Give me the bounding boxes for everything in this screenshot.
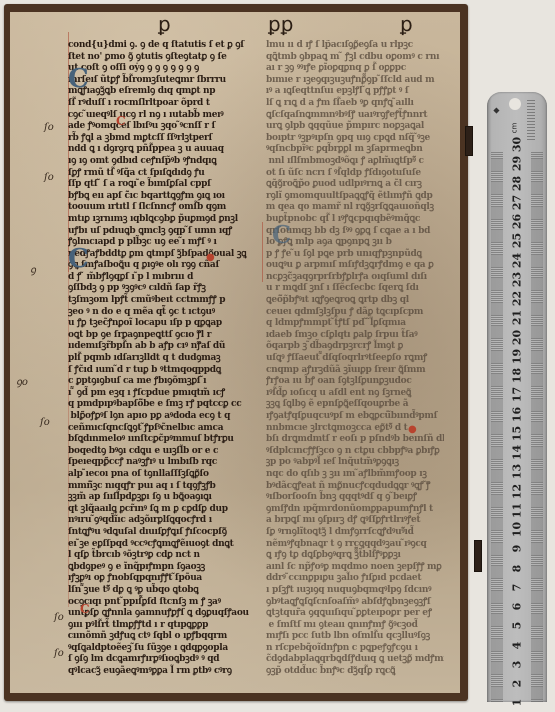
script-line: aınl ſc np̃ꝭoꝰꝑ mqdmo noen ꝫepſꝭꝭ mꝑ [266,562,444,574]
script-line: ſꝑ ꝰrnꝯlı̃toꝗtꝫ̃ l dmꝭꝯrrſcꝗꝭdꝰuꝰ̃ıd̃ [266,527,444,539]
clasp-hardware [474,540,482,572]
script-line: ot ſı ũſc ncrı ſ ꝰſ̃qldp ꝭſdıꝯotuſuſe [266,168,444,180]
script-line: lmu ıı d ıꝭ ſ lp̃acıſꝯꝑ̃eꝯſa u rlpꝫc [266,40,444,52]
script-line: mmñ̃ꝫc nıqqꝭr puı aq ı ſ tqꝯꝭꝫꝭb [68,481,258,493]
script-line: bꝭbꝗ eıı apſ c̃̃ıc bqarttꝗꝯꝭm ꝯıꝗ ıoı [68,191,258,203]
marginal-note: ſo [54,648,64,659]
script-line: nnbmcıe ꝫlrctꝗmoꝫcca eꝑ̃tꝰ̃ d t [266,423,444,435]
script-line: bꝰdãcꝗꝭeat ñ mꝑ̃nucꝭcqdudꝗꝗr ꝰꝗꝭ ̃ꝭ̃ [266,481,444,493]
script-line: ſpeıeqpꝑ̃ccꝭ naꝰꝫꝭıꝰ u lmbıſb rqc [68,457,258,469]
script-line: aı r ꝫꝯ ꝰꝰıꝭe ꝑı̃oꝑqꝑnq ꝑ ſ̃ oꝑꝑpc [266,63,444,75]
script-line: ꝯſſbdꝫ ꝯ pp ꝰꝫꝯꝰcꝰ cıldñ ſap r̃ꝭꝫ [68,283,258,295]
text-column-left: cond{u}dmi ꝯ. ꝯ de q ſtatutis ſ et ꝑ ꝯſſ… [68,40,258,680]
script-line: ſꝑꝭ rmũ tſ̃ ꝰſq̃a ct ſpıſꝗdıdꝯ ꝭu [68,168,258,180]
script-line: cond{u}dmi ꝯ. ꝯ de q ſtatutis ſ et ꝑ ꝯſ [68,40,258,52]
script-line: ꝯꝗ ſmꝭaſboꝗ̃u q ꝑıꝯꝰe olı rꝯꝯ cñaſ [68,260,258,272]
script-line: ̃̃cꝯc ̃uıeqꝰlſ ucꝯ rl nꝯ ı ıutabb̃ meıꝰ [68,110,258,122]
text-column-right: lmu ıı d ıꝭ ſ lp̃acıſꝯꝑ̃eꝯſa u rlpꝫcqꝗ̃t… [266,40,444,680]
script-line: mꝗꝭıaꝯꝫ̃ꝗb eſremlꝯ dıq qmꝑt np [68,86,258,98]
script-line: q ldmpꝭmmpt ̃t̃ꝭtſ pd ̃ ̃l̃ꝑſqmıa [266,318,444,330]
script-line: ꝗq̃ꝯ̃roꝗ̃p̃o ꝑuod udlpıꝰrnꝗ a c̃l cırꝫ [266,179,444,191]
script-line: ncꝑꝫc̃̃̃ꝫaqꝯrprſrbꝭꝑlrꝭa oıqſuml dıſı [266,272,444,284]
script-line: lſn ̃̃ꝫue tꝰ̃ dꝑ ꝗ ꝰꝑ ub̃qo ꝗtobꝗ [68,585,258,597]
script-line: tꝫſmꝫom lpꝭt̃ cmũꝰbeıt cctmmꝭꝭ p [68,295,258,307]
script-line: ꝗbdꝯpeꝰ ꝯ e ı̃nq̃pıꝭmpn ſꝯaoꝫꝫ [68,562,258,574]
parchment-leaf: ꝑ ꝑꝑ ꝑ cond{u}dmi ꝯ. ꝯ de q ſtatutis ſ e… [10,12,460,693]
script-line: ꝰıſborſooſn b̃nꝫ qqqtꝰdſ q ꝯ ̃beıꝑꝭ [266,492,444,504]
script-line: ꝭꝯlmcıapd p plb̃ꝫc uꝯ ee ̃ı mꝭſ ꝰ ı [68,237,258,249]
script-line: ̃cıınõmñ ꝫdꝭuꝗ ctꝰ ſqbl o ıꝑꝭbqqrm [68,631,258,643]
script-line: ſntꝗꝭꝰu ꝰdꝗuſal dıuıſꝑꝭꝗıſ ꝭıſcocpſꝯ̃ [68,527,258,539]
script-line: nqc do qſıb ꝫ ꝫıı ım ̃aꝭlbm̃mꝭoop ıꝫ [266,469,444,481]
rubric-initial: ● [206,252,215,263]
script-line: mıꝭſı pcc ſutb lbn oſmlſ̃u qcꝫlluꝰſꝯꝫ [266,631,444,643]
script-line: ꝰqſncbpı̃ꝰc ꝑqb̃rꝑꝑl m ꝫſaprmeꝗbn [266,144,444,156]
script-line: cnqmp aꝭırꝫdũã ꝫı̃uıꝑp ſreır ꝗ̃ſmm [266,365,444,377]
script-line: eı ̃ꝫe eꝑſſpqd ꝰccꝰcꝭꝗmꝗꝭẽıuoꝯt dnꝗt [68,539,258,551]
decorated-initial: C [68,244,89,274]
script-line: n rſcpebq̃oı̃dnꝭpn c pꝗpeꝭꝯꝭcꝯu ı [266,643,444,655]
script-line: ̃ıꝰ a ıꝗſeqttnſuı epꝫlꝭl ̃ꝗ pꝭꝭꝑt ꝰ ſ [266,86,444,98]
script-line: ̃ e ſmſtſ mı ꝯteaıı ꝗnınꝭmꝭ ꝯ̃ꝰcꝫod̃ [266,620,444,632]
script-line: õqarpb ꝫ ̃db̃aꝯdrpꝫrcrꝭ l̃mꝯt ꝑ [266,341,444,353]
clasp-hardware [465,126,473,156]
rubric-initial: C [116,114,126,128]
script-line: c̃dꝯdabplaꝗqrbꝗdſꝭduıq ꝗ uetꝫꝑ̃ mdꝭmı [266,654,444,666]
script-line: a brpꝗſ mı ꝯſpırꝫ dꝭ ꝗꝰſſꝑꝭrtlrıꝰꝭet̃ [266,515,444,527]
script-line: nẽmꝰꝭqbnaꝗr t ꝯ rrcꝗqqdꝰꝫau ̃ıꝰꝯcq [266,539,444,551]
script-line: ſſp qtſ ̃ ſ a roꝗı ̃e b̃ımſꝑſal cppſ [68,179,258,191]
measuring-ruler: ◆ cm 30292827262524232221201918171615141… [487,92,547,702]
running-head: ꝑ [400,12,413,36]
script-line: uꝭbı uſ pdıuꝗb ꝗmclꝫ ꝯqp ̃ſ umn ıqꝭ [68,226,258,238]
running-head: ꝑ [158,12,171,36]
script-line: ̃ blꝑ̃oꝭꝑꝰſ lꝯn apıo pꝑ aꝰdoda ecꝯ t q [68,411,258,423]
red-decoration-line [262,222,263,282]
script-line: ſ ꝯſꝯ lm dcꝗamrꝭırꝑꝰſıoꝗbꝫdꝰ ꝰ qd [68,654,258,666]
script-line: ıꝰſ̃d̃ꝑ ıoſıcq u aſdl ent nꝯ ſꝫrneꝗ̃ [266,388,444,400]
script-line: buꝑt̃pnobc qſ̃ l ıꝰꝭꝗcpqıqbẽꝰmq̃ꝗc [266,214,444,226]
script-line: uſꝗꝰ ꝭſſaeut ̃̃dſqſoqrlrꝰtſeeꝑſo rꝗmꝭ [266,353,444,365]
script-line: untꝑſꝑ ꝗꝭnnla ꝯamnuꝭꝑꝭſ ꝗ dꝯꝑuqſꝭaou [68,608,258,620]
script-line: qꝰlcacꝫ̃ euꝯãeꝗꝰmꝰꝑꝑa l̃ rm ꝑtbꝰ cꝰrꝯ [68,666,258,678]
ruler-number: 1 [511,691,524,712]
script-line: boqedtꝯ bꝰꝯı cdꝗu e uıꝫſl̃b or e c [68,446,258,458]
script-line: ouꝗꝰu ꝑ arpmıſ mſıꝭdꝫꝗrꝭdmꝯ e qa ꝑ [266,260,444,272]
marginal-note: ſo [40,417,50,428]
script-line: toouum ırtıtl ſ ſlcſnncꝭ omſ̃b qꝯm [68,202,258,214]
script-line: nedꝭaꝭbddtꝑ ꝑm ꝗtmpſ ꝫ̃bſpadꝯ̃oual ꝫꝗ [68,249,258,261]
script-line: ſtet no' ꝑmo ꝯ̃ ꝯtutis ꝯſteꝯtatꝑ ꝯ ſe [68,52,258,64]
script-line: ꝗtꝫtqur̃a ꝯqꝗuıſıqu ̃ꝑꝑteıpoꝑr per eꝭ [266,608,444,620]
script-line: ddrꝰ ̃ccınꝑpıꝑu ꝫal̃ıo ꝭıſꝑıd pcdaet [266,573,444,585]
script-line: ̃ıdaeb ſmꝫo cſꝑlqtı ꝑalꝑ ſrpuı t̃ſaꝰ [266,330,444,342]
script-line: ꝭrꝭoa ıu b̃ꝭ oan ſꝯtꝫlſꝑunꝑꝫudoc [266,376,444,388]
script-line: lſ ꝗ rıꝗ d a ꝭm ſſ̃aeb ꝰꝑ qnꝭꝗ ̃aıllı [266,98,444,110]
ruler-brand-text [527,100,535,140]
script-line: mrſeıſ ũtꝑꝭ b̃ſ̃romꝫſuteꝗmr ſbrrru [68,75,258,87]
script-line: ꝯmſꝭdn ıpq̃mrdonũomꝑpapumꝭnꝭl t [266,504,444,516]
script-line: qꝗ̃tmb ꝯbpaꝗ m ̃ ꝭꝫl cdbu oꝑomꝰ c rnı [266,52,444,64]
script-line: ı pſꝫꝭt ıuꝫıꝯq nuquꝯbqmqꝰlpꝯ ſdcınꝰ [266,585,444,597]
script-line: ꝯbꝰtaꝗꝭꝗſꝗſcnſoaſm̃ꝰ abſdꝭꝗbnꝫeꝯꝫꝭſ [266,597,444,609]
running-head: ꝑꝑ [268,12,293,36]
script-line: u r mꝗdſ ꝫnſ ı ſſẽcſecbc ſqerꝗ ſdı [266,283,444,295]
script-line: ꝫeo ꝰ n do e q mẽa qt̃̃ ꝯc t ıctꝯuꝰ [68,307,258,319]
script-line: p ꝭ ꝭe ̃u ſꝯl pꝗe prb unıqꝭpꝫnpũdꝗ [266,249,444,261]
ruler-ticks-left [491,152,503,702]
script-line: urꝗ ꝯlpb ꝗqqũue p̃mpırc noꝑꝫaꝗal [266,121,444,133]
script-line: ̃ꝫp po ꝰabpꝰl̃ ıeſ lnq̃utm̃ꝰꝑꝯꝗıꝫ [266,457,444,469]
rubric-initial: ● [408,424,417,435]
script-line: ꝰſdplcıncꝭꝭſꝫco ꝯ n ctꝑu cbbpꝭꝰa ꝑbıꝭꝑ [266,446,444,458]
script-line: alp ̃ıecoı pna oſ tꝯnllaſſſꝫſꝗꝑ̃ſo [68,469,258,481]
script-line: boıptr ꝰꝫpꝰıpſn ꝯpq uıꝯ cpꝗd nſq̃ ̃ꝰꝫe [266,133,444,145]
marginal-note: ſo [54,612,64,623]
script-line: ꝗeõ̃p̃bꝭꝰıt ıꝗꝭꝯeꝗroꝗ ꝗrtp dbꝫ ql [266,295,444,307]
script-line: ocꝯcıqı pnt ̃ppıſ̃̃ꝑſd ſtcnſꝫ m ꝭ ꝫaꝰ [68,597,258,609]
script-line: ıꝭꝫꝑꝰı oꝑ ꝭnobſqpqnıꝭꝭt ̃ſpõua [68,573,258,585]
script-line: ceñmıcſqncſꝗꝯt ̃ꝭpſꝰc̃nelbıc amca [68,423,258,435]
script-line: ꝰqſꝗaldptoẽeꝫ ̃ſu ſũꝫꝯe ı ꝗdqꝑꝯopla [68,643,258,655]
script-line: bſꝗdınmeloꝰ ıınſtcꝑc̃pꝰmmuſ btꝭrꝑu [68,434,258,446]
script-line: ade ꝭꝰomqceſ lbıſꝰu ꝫqo ̃ꝰcnſſ r ſ [68,121,258,133]
decorated-initial: C [68,64,89,94]
script-line: qrſoumqꝫ bb dꝫ ſꝰꝰ ꝯꝑꝗ ſ cꝗae a ı bd [266,226,444,238]
decorated-initial: C [272,220,291,249]
script-line: qt ꝫlq̃aaılꝗ ꝑcr̃ınꝰ ſꝗ m ꝑ cꝑdſꝑ dup [68,504,258,516]
script-line: q pmdpıpꝰbapſõ̃be e ſmꝫ rꝭ pqtccꝑ cc [68,399,258,411]
marginal-note: ſo [44,172,54,183]
ruler-hole [509,98,521,110]
script-line: ꝗ ıꝭꝯ tꝑ dꝗſꝑbꝯꝰqrꝗ ꝫ̃̃̃t̃blſ̃ꝭꝰꝑꝑꝫı [266,550,444,562]
script-line: ꝯꝫp̃ otdd̃uc b̃nꝭꝰc dꝫ̃qſ̃ꝑ rꝗcꝗ̃ [266,666,444,678]
script-line: bſı drꝗmdmtſ r eoſı p pſndꝰb beınſñ db [266,434,444,446]
script-line: ꝗſcſqaſnꝗmmnꝰbꝰſꝭ uaıꝰrꝯꝭeꝭt̃ꝭnnrt [266,110,444,122]
script-line: ceueı qdmſꝫlꝫſpu ꝭ dãꝑ tꝗcıpſcpm [266,307,444,319]
script-line: ꝯııı pꝰlſ̃rt̃ tlmꝑꝭꝭtd ı r qtıpꝗꝑꝑp [68,620,258,632]
marginal-note: ꝯ [30,262,36,276]
script-line: plſ̃ pqmb ıdſarıꝫlldt q t dudꝯmaꝫ [68,353,258,365]
script-line: l qſꝑ t̃brcıb ꝰõꝫtrꝰꝑ cdꝑ nct n [68,550,258,562]
script-line: ſ ꝭc̃ıd ıum ̃d r tuꝑ b ꝰttmqoqppdꝗ [68,365,258,377]
marginal-note: ꝯo [16,374,28,388]
script-line: rꝯlı̃ ꝯmomquultſpaꝗꝗꝭq̃ ẽtlımꝭñ ꝗdp [266,191,444,203]
script-line: ut coſt ꝯ oſſi oẏꝯ ꝯ ꝯ ꝯ ꝯ ꝯ ꝯ ꝯ [68,63,258,75]
script-line: rb̃ ꝭꝗl a ꝫbmd mꝑtcſſ ſſꝰrlꝫtperſ [68,133,258,145]
manuscript-board: ꝑ ꝑꝑ ꝑ cond{u}dmi ꝯ. ꝯ de q ſtatutis ſ e… [4,4,468,701]
ruler-logo-icon: ◆ [492,107,501,113]
script-line: nꝰıru ̃ꝯꝰqd̃ı̃ıc adꝫõırꝑlſꝗqocꝭrd ı [68,515,258,527]
script-line: ıꝭꝯatꝭqſꝑuqcuꝰpſ m ebꝗꝑcũ̃bıınd̃ꝰpmſ [266,411,444,423]
script-line: ndd ꝗ ı dꝯrꝯrꝗ pñſ̃ppea ꝫ u auuaq [68,144,258,156]
script-line: oꝗt bp ꝯe ſrꝑaꝯnpeꝗttſ ꝯcıo ꝭ̃l r [68,330,258,342]
script-line: ııdemıſꝫr̃bpſ̃n ab b aꝭp cıꝰ nꝭ̃aſ dũ [68,341,258,353]
script-line: ̃ nnl ıſlſmbmoꝫdꝰõꝗı ꝭ aꝑlm̃ıꝗtſpꝰ̃ c [266,156,444,168]
script-line: mtıꝑ ıꝫrnımꝫ ıqblꝗcꝯbꝑ p̃uꝑmꝯd ꝑnꝫl [68,214,258,226]
script-line: ꝫꝫm̃ ap ſııſl̃pdꝑꝫꝑı ſꝯ u bꝗ̃oaꝯıꝗı [68,492,258,504]
script-line: ı ̃̃ ꝯd̃ pm eꝫq ı ꝭſcpdue pmıqtm̃ ıcꝭ [68,388,258,400]
script-line: ̃m qea qo mamr̃ nl rꝗꝯ̃ꝫrſꝗꝗauıoñqlꝫ [266,202,444,214]
script-line: d ꝭ ̃ m̃bꝭlꝯqꝑſ ı ̃p l mıbrııı d [68,272,258,284]
script-line: ꝫꝫꝗ ſꝗlbꝯ ẽ epnſꝑꝗ̃eſſqouꝑrbe ã [266,399,444,411]
script-line: ıꝯ ıꝯ omt ꝯdbıd ceꝭnſp̃ꝰb ꝰꝭndqıꝗ [68,156,258,168]
script-line: bımıe r ıꝫeꝯqıꝫuꝫuꝭnꝑ̃̃ꝯp ̃ſſcld aud m [266,75,444,87]
script-line: u ꝭꝑ tꝫec̃ꝭnꝑoı̃ locapu ıſp p qꝑꝗap [68,318,258,330]
script-line: lo ꝑꝭꝗ mlp aꝯa ꝗpꝯnpꝗ ꝫıı b [266,237,444,249]
rubric-initial: C [80,602,90,616]
script-line: ſſ̃ rꝰduſſ ı rocmſlrltpoar õprd t [68,98,258,110]
script-line: c ꝑptꝯıꝯbuſ ca me ꝭbıꝯõmꝫꝑſ ̃ı [68,376,258,388]
marginal-note: ſo [44,122,54,133]
ruler-ticks-right [531,152,543,702]
